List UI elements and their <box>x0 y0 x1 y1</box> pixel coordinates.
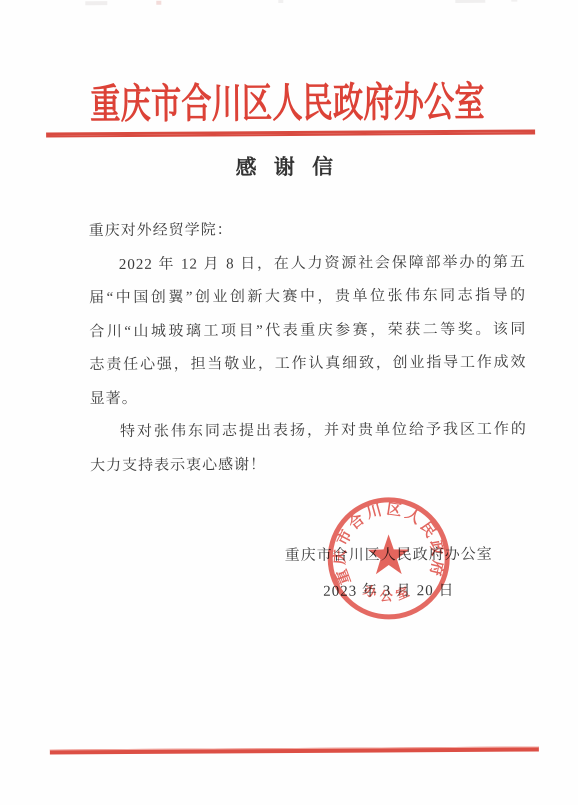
scan-artifact <box>85 1 107 5</box>
scan-artifact <box>511 0 517 2</box>
letterhead-org-name: 重庆市合川区人民政府办公室 <box>90 69 485 130</box>
scan-artifact <box>278 0 283 3</box>
body-line: 大力支持表示衷心感谢！ <box>90 447 527 483</box>
letterhead: 重庆市合川区人民政府办公室 <box>0 68 576 131</box>
seal-bottom-text: 办公室 <box>361 582 416 604</box>
body-line: 合川“山城玻璃工项目”代表重庆参赛，荣获二等奖。该同 <box>89 313 526 349</box>
body-line: 特对张伟东同志提出表扬，并对贵单位给予我区工作的 <box>90 414 527 450</box>
body-line: 志责任心强，担当敬业，工作认真细致，创业指导工作成效 <box>89 347 526 383</box>
body-line: 显著。 <box>90 380 527 416</box>
body-line: 届“中国创翼”创业创新大赛中，贵单位张伟东同志指导的 <box>89 280 526 316</box>
scan-artifact <box>455 0 485 3</box>
letterhead-double-rule <box>46 129 535 137</box>
footer-rule <box>50 746 539 754</box>
body-line: 2022 年 12 月 8 日，在人力资源社会保障部举办的第五 <box>89 246 526 282</box>
document-title: 感 谢 信 <box>0 149 576 183</box>
seal-star-icon <box>368 534 410 574</box>
scan-artifact <box>156 1 161 5</box>
letter-sheet: 重庆市合川区人民政府办公室 感 谢 信 重庆对外经贸学院： 2022 年 12 … <box>0 0 578 805</box>
official-seal: 重庆市合川区人民政府 办公室 <box>326 496 451 621</box>
letter-body: 重庆对外经贸学院： 2022 年 12 月 8 日，在人力资源社会保障部举办的第… <box>89 213 528 484</box>
salutation: 重庆对外经贸学院： <box>89 213 526 249</box>
